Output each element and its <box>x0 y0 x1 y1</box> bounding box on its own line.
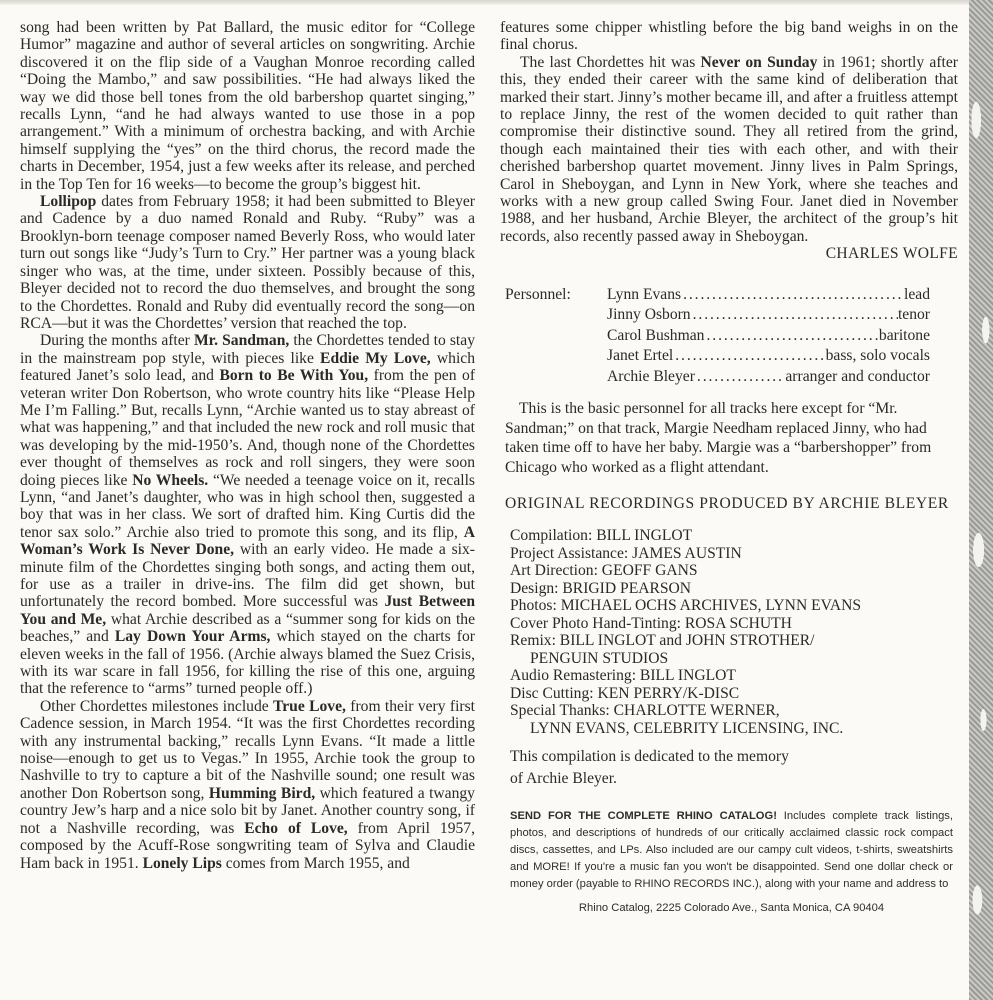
right-column: features some chipper whistling before t… <box>500 19 958 917</box>
page-top-edge <box>0 0 993 5</box>
credit-line: Project Assistance: JAMES AUSTIN <box>510 545 958 563</box>
dedication: This compilation is dedicated to the mem… <box>500 746 958 790</box>
member-role: bass, solo vocals <box>826 346 930 367</box>
paragraph-after-sandman: During the months after Mr. Sandman, the… <box>20 332 475 698</box>
member-role: lead <box>904 285 930 306</box>
paragraph-text: in 1961; shortly after this, they ended … <box>500 54 958 245</box>
paragraph-text: comes from March 1955, and <box>222 855 410 872</box>
credits-list: Compilation: BILL INGLOT Project Assista… <box>500 527 958 737</box>
personnel-list: Personnel: Lynn Evanslead Jinny Osbornte… <box>500 285 958 388</box>
personnel-note-text: This is the basic personnel for all trac… <box>505 399 935 477</box>
song-title: Echo of Love, <box>244 820 347 837</box>
credit-line: Design: BRIGID PEARSON <box>510 580 958 598</box>
credit-line-continued: LYNN EVANS, CELEBRITY LICENSING, INC. <box>510 720 958 738</box>
rhino-address: Rhino Catalog, 2225 Colorado Ave., Santa… <box>510 900 953 917</box>
credit-line: Compilation: BILL INGLOT <box>510 527 958 545</box>
personnel-row: Lynn Evanslead <box>607 285 930 306</box>
paragraph-lollipop: Lollipop dates from February 1958; it ha… <box>20 193 475 332</box>
left-column: song had been written by Pat Ballard, th… <box>20 19 475 872</box>
personnel-row: Jinny Osborntenor <box>607 305 930 326</box>
credit-line: Special Thanks: CHARLOTTE WERNER, <box>510 702 958 720</box>
paragraph-milestones: Other Chordettes milestones include True… <box>20 698 475 872</box>
dot-leader <box>691 305 898 326</box>
paragraph-text: from the pen of veteran writer Don Rober… <box>20 367 475 488</box>
member-name: Jinny Osborn <box>607 305 691 326</box>
credit-line: Disc Cutting: KEN PERRY/K-DISC <box>510 685 958 703</box>
personnel-row: Archie Bleyerarranger and conductor <box>607 367 930 388</box>
song-title: Humming Bird, <box>209 785 315 802</box>
dot-leader <box>673 346 825 367</box>
credit-line: Remix: BILL INGLOT and JOHN STROTHER/ <box>510 632 958 650</box>
member-name: Archie Bleyer <box>607 367 695 388</box>
personnel-label: Personnel: <box>500 285 607 388</box>
paragraph-text: During the months after <box>40 332 194 349</box>
song-title: Lay Down Your Arms, <box>115 628 271 645</box>
credit-line: Art Direction: GEOFF GANS <box>510 562 958 580</box>
member-name: Carol Bushman <box>607 326 704 347</box>
credit-line-continued: PENGUIN STUDIOS <box>510 650 958 668</box>
paragraph-text: dates from February 1958; it had been su… <box>20 193 475 332</box>
dot-leader <box>704 326 878 347</box>
rhino-body: Includes complete track listings, photos… <box>510 810 953 890</box>
paragraph-whistling: features some chipper whistling before t… <box>500 19 958 54</box>
paragraph-last-hit: The last Chordettes hit was Never on Sun… <box>500 54 958 245</box>
dedication-line: of Archie Bleyer. <box>510 768 958 790</box>
member-name: Janet Ertel <box>607 346 673 367</box>
author-byline: CHARLES WOLFE <box>500 245 958 262</box>
dot-leader <box>681 285 904 306</box>
member-role: arranger and conductor <box>785 367 930 388</box>
dedication-line: This compilation is dedicated to the mem… <box>510 746 958 768</box>
song-title: Lollipop <box>40 193 96 210</box>
song-title: Eddie My Love, <box>320 350 431 367</box>
personnel-rows: Lynn Evanslead Jinny Osborntenor Carol B… <box>607 285 930 388</box>
credit-line: Audio Remastering: BILL INGLOT <box>510 667 958 685</box>
rhino-catalog-offer: SEND FOR THE COMPLETE RHINO CATALOG! Inc… <box>500 808 953 917</box>
rhino-offer-text: SEND FOR THE COMPLETE RHINO CATALOG! Inc… <box>510 808 953 893</box>
personnel-row: Janet Ertelbass, solo vocals <box>607 346 930 367</box>
personnel-row: Carol Bushmanbaritone <box>607 326 930 347</box>
song-title: No Wheels. <box>132 472 208 489</box>
member-name: Lynn Evans <box>607 285 681 306</box>
member-role: baritone <box>879 326 930 347</box>
paragraph-text: Other Chordettes milestones include <box>40 698 273 715</box>
song-title: True Love, <box>273 698 346 715</box>
paragraph-text: The last Chordettes hit was <box>520 54 701 71</box>
produced-by-heading: ORIGINAL RECORDINGS PRODUCED BY ARCHIE B… <box>500 495 958 513</box>
song-title: Never on Sunday <box>701 54 818 71</box>
rhino-headline: SEND FOR THE COMPLETE RHINO CATALOG! <box>510 810 777 822</box>
song-title: Mr. Sandman, <box>194 332 289 349</box>
credit-line: Photos: MICHAEL OCHS ARCHIVES, LYNN EVAN… <box>510 597 958 615</box>
member-role: tenor <box>898 305 930 326</box>
dot-leader <box>695 367 786 388</box>
song-title: Lonely Lips <box>143 855 222 872</box>
paragraph-mr-sandman: song had been written by Pat Ballard, th… <box>20 19 475 193</box>
decorative-border-strip <box>969 0 993 1000</box>
personnel-note: This is the basic personnel for all trac… <box>500 399 935 477</box>
song-title: Born to Be With You, <box>219 367 368 384</box>
credit-line: Cover Photo Hand-Tinting: ROSA SCHUTH <box>510 615 958 633</box>
